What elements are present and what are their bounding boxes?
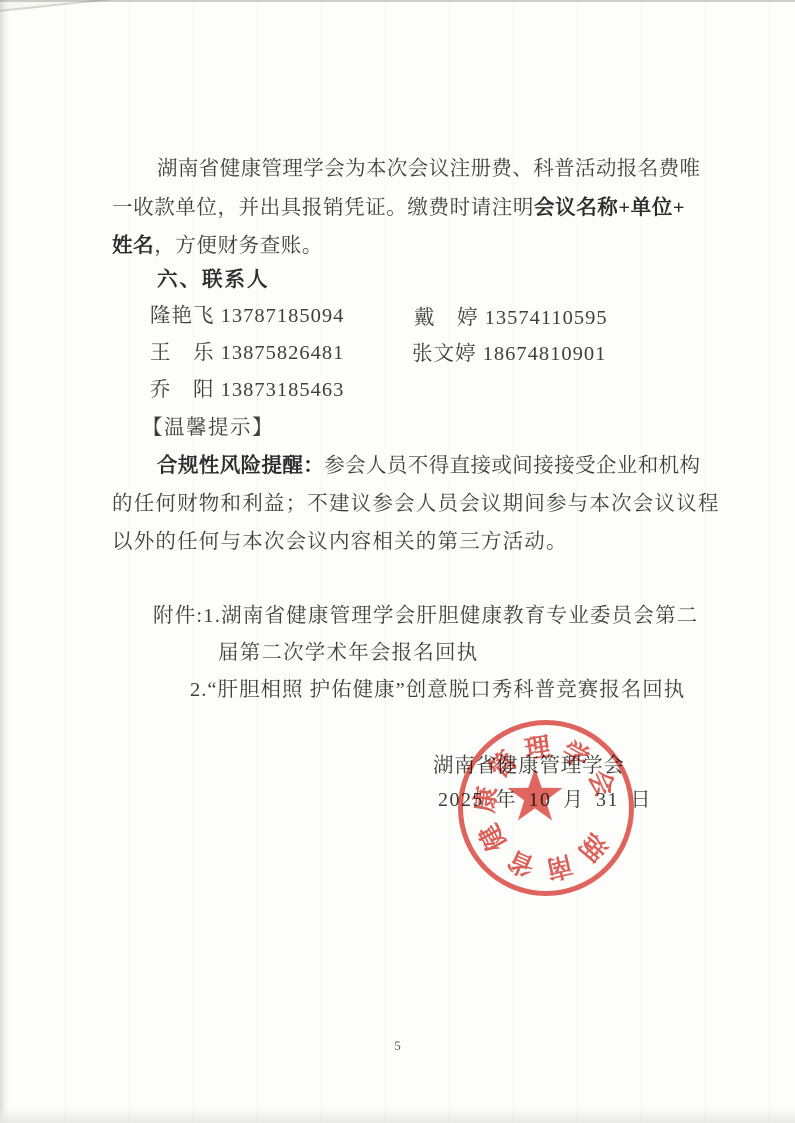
attachment-line2: 届第二次学术年会报名回执 xyxy=(218,641,478,665)
notice-line2: 的任何财物和利益；不建议参会人员会议期间参与本次会议议程 xyxy=(112,492,720,516)
scan-bottom-shadow xyxy=(0,1108,795,1123)
attachment-line1: 附件:1.湖南省健康管理学会肝胆健康教育专业委员会第二 xyxy=(153,604,698,628)
seal-ring-char: 健 xyxy=(474,819,512,857)
notice-lead-bold: 合规性风险提醒： xyxy=(157,455,324,477)
para1-line3: 姓名，方便财务查账。 xyxy=(112,234,323,258)
seal-ring-char: 南 xyxy=(544,850,576,884)
notice-line1: 合规性风险提醒：参会人员不得直接或间接接受企业和机构 xyxy=(157,454,700,478)
seal-ring-char: 省 xyxy=(504,845,540,882)
seal-ring-char: 康 xyxy=(469,785,502,815)
seal-ring-char: 学 xyxy=(557,736,594,774)
seal-ring-char: 湖 xyxy=(573,828,612,867)
official-seal: 湖南省健康管理学会 xyxy=(456,718,636,898)
seal-star-icon xyxy=(507,768,562,821)
contact-row: 戴 婷 13574110595 xyxy=(414,306,608,330)
seal-ring-char: 理 xyxy=(523,732,554,764)
scan-top-edge xyxy=(0,0,795,2)
para1-line2: 一收款单位，并出具报销凭证。缴费时请注明会议名称+单位+ xyxy=(112,196,685,220)
scan-corner-edge xyxy=(0,0,140,15)
scan-left-shadow xyxy=(0,0,9,1123)
notice-line3: 以外的任何与本次会议内容相关的第三方活动。 xyxy=(112,530,568,554)
document-page: 湖南省健康管理学会为本次会议注册费、科普活动报名费唯 一收款单位，并出具报销凭证… xyxy=(0,0,795,1123)
para1-line3-normal: ，方便财务查账。 xyxy=(154,235,323,257)
seal-svg: 湖南省健康管理学会 xyxy=(456,718,636,898)
notice-heading: 【温馨提示】 xyxy=(142,416,274,440)
notice-line1-rest: 参会人员不得直接或间接接受企业和机构 xyxy=(324,455,700,477)
para1-line1: 湖南省健康管理学会为本次会议注册费、科普活动报名费唯 xyxy=(157,157,700,181)
contact-row: 王 乐 13875826481 xyxy=(150,341,344,365)
contacts-heading: 六、联系人 xyxy=(157,268,270,292)
seal-ring-char: 管 xyxy=(483,745,523,785)
para1-line2-normal: 一收款单位，并出具报销凭证。缴费时请注明 xyxy=(112,197,534,219)
para1-line2-bold: 会议名称+单位+ xyxy=(534,197,685,219)
para1-line3-bold: 姓名 xyxy=(112,235,154,257)
contact-row: 乔 阳 13873185463 xyxy=(150,378,344,402)
page-number: 5 xyxy=(0,1038,795,1054)
seal-ring-char: 会 xyxy=(583,766,620,802)
contact-row: 隆艳飞 13787185094 xyxy=(150,304,344,328)
contact-row: 张文婷 18674810901 xyxy=(412,342,606,366)
attachment-line3: 2.“肝胆相照 护佑健康”创意脱口秀科普竞赛报名回执 xyxy=(190,678,685,702)
